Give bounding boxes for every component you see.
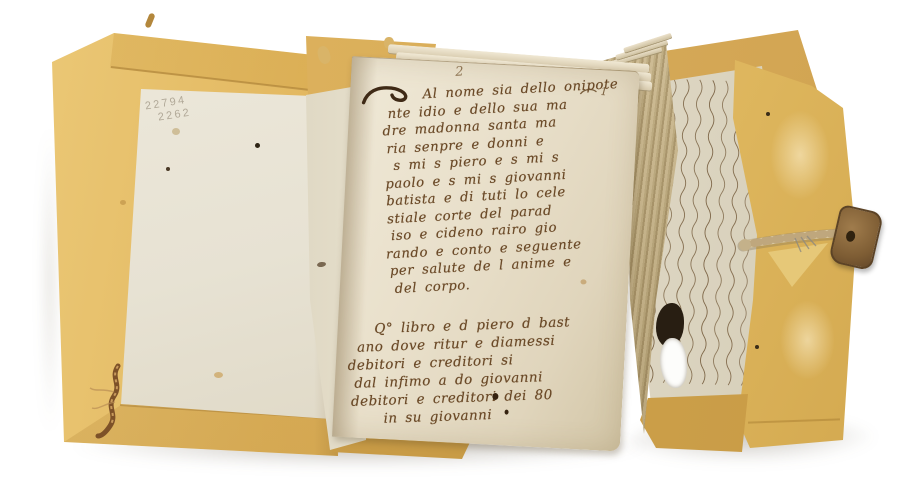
flap-scuff [770,110,830,200]
sewing-hole [317,261,327,267]
strap-end-knot [739,239,751,251]
pastedown-speck [255,143,260,148]
flap-speck [766,112,770,116]
photo-stage: 22794 2262 [0,0,899,487]
toggle-hole [845,230,856,243]
pastedown-speck [166,167,170,171]
pastedown-stain [172,128,180,135]
corner-fold-crease [50,31,114,62]
flap-crease [748,418,840,423]
header-mark: 2 [455,64,464,79]
cover-tie-top-nub [144,12,155,28]
handwriting-paragraph-2: Q° libro e d piero d bast ano dove ritur… [346,312,622,429]
cover-speck [120,200,126,205]
cover-tie [88,362,140,440]
handwriting-paragraph-1: Al nome sia dello onipote nte idio e del… [380,76,631,298]
flap-speck [755,345,759,349]
waste-hole-through [660,338,687,388]
recto-page: 2 1 Al nome sia dello onipote nte idio e… [332,56,640,452]
flap-scuff [780,300,835,380]
pastedown-stain [214,372,223,378]
vellum-strap [735,214,847,266]
